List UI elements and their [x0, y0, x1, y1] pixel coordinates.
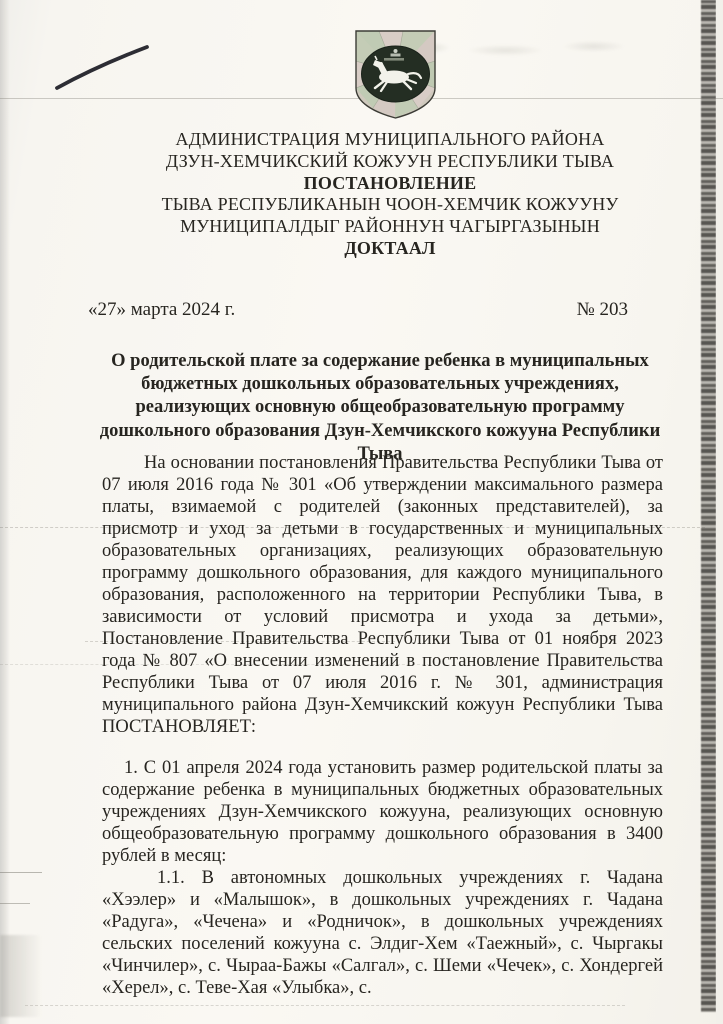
coat-of-arms-icon — [348, 26, 443, 121]
doc-title: О родительской плате за содержание ребен… — [88, 350, 672, 466]
scan-fold-line — [0, 872, 42, 873]
paragraph-point-1-1: 1.1. В автономных дошкольных учреждениях… — [102, 867, 663, 999]
org-name-line-2: ДЗУН-ХЕМЧИКСКИЙ КОЖУУН РЕСПУБЛИКИ ТЫВА — [57, 151, 723, 173]
org-name-line-3: ТЫВА РЕСПУБЛИКАНЫН ЧООН-ХЕМЧИК КОЖУУНУ — [57, 194, 723, 216]
org-name-line-4: МУНИЦИПАЛДЫГ РАЙОННУН ЧАГЫРГАЗЫНЫН — [57, 216, 723, 238]
paragraph-point-1: 1. С 01 апреля 2024 года установить разм… — [102, 757, 663, 867]
paragraph-preamble: На основании постановления Правительства… — [102, 452, 663, 738]
scan-corner-smudge — [0, 935, 42, 1017]
scanned-document-page: АДМИНИСТРАЦИЯ МУНИЦИПАЛЬНОГО РАЙОНА ДЗУН… — [0, 0, 723, 1024]
scan-fold-line — [25, 1005, 625, 1006]
doc-meta-row: «27» марта 2024 г. № 203 — [88, 299, 628, 321]
doc-date: «27» марта 2024 г. — [88, 299, 235, 321]
scan-left-edge-shadow — [0, 0, 10, 1024]
org-name-line-1: АДМИНИСТРАЦИЯ МУНИЦИПАЛЬНОГО РАЙОНА — [57, 129, 723, 151]
doc-type-tuvan: ДОКТААЛ — [57, 238, 723, 260]
pen-stroke-mark — [42, 36, 172, 102]
doc-number: № 203 — [577, 299, 628, 321]
scan-fold-line — [0, 903, 30, 904]
doc-body: На основании постановления Правительства… — [102, 452, 663, 999]
document-header: АДМИНИСТРАЦИЯ МУНИЦИПАЛЬНОГО РАЙОНА ДЗУН… — [57, 129, 723, 260]
crest-top-emblem — [394, 49, 398, 53]
doc-type-russian: ПОСТАНОВЛЕНИЕ — [57, 173, 723, 195]
